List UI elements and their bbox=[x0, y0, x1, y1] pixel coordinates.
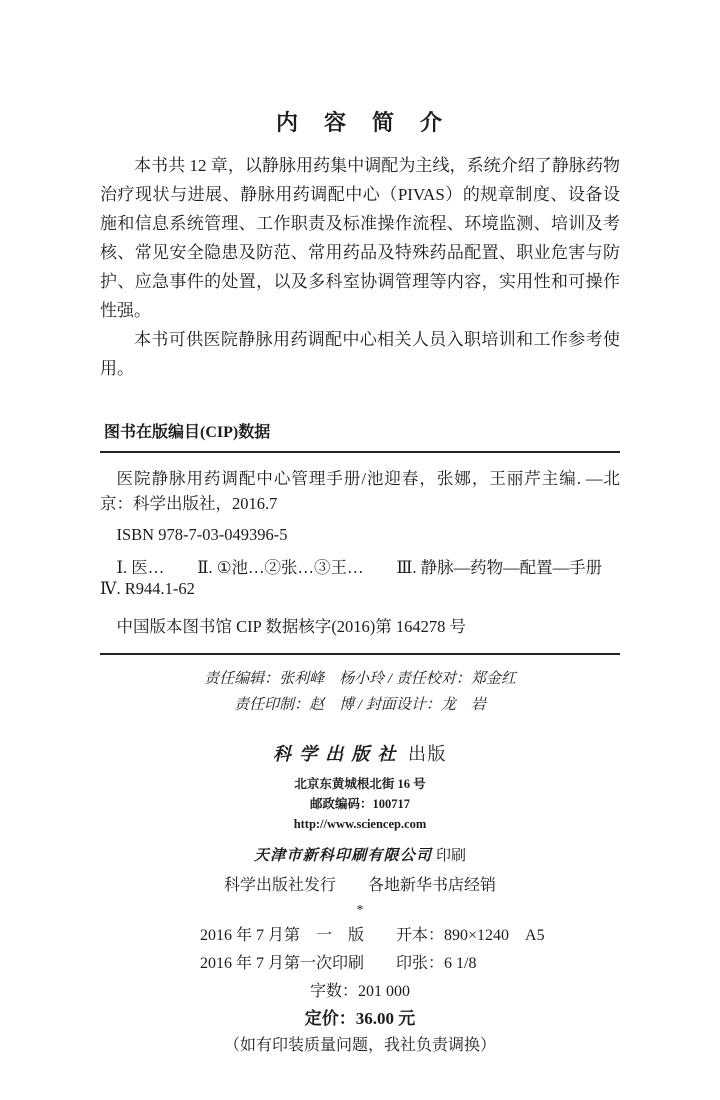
printer-suffix: 印刷 bbox=[436, 848, 466, 864]
print-design-credits-line: 责任印制：赵 博 / 封面设计：龙 岩 bbox=[100, 692, 620, 718]
classification-line-1: Ⅰ. 医… Ⅱ. ①池…②张…③王… Ⅲ. 静脉—药物—配置—手册 bbox=[100, 557, 620, 578]
classification-line-2: Ⅳ. R944.1-62 bbox=[100, 578, 620, 599]
cip-registry-number: 中国版本图书馆 CIP 数据核字(2016)第 164278 号 bbox=[100, 613, 620, 637]
publisher-address: 北京东黄城根北街 16 号 bbox=[100, 774, 620, 794]
publisher-contact-block: 北京东黄城根北街 16 号 邮政编码：100717 http://www.sci… bbox=[100, 774, 620, 834]
word-count: 字数：201 000 bbox=[100, 978, 620, 1005]
postal-code: 邮政编码：100717 bbox=[100, 794, 620, 814]
printer-line: 天津市新科印刷有限公司 印刷 bbox=[100, 844, 620, 865]
staff-credits: 责任编辑：张利峰 杨小玲 / 责任校对：郑金红 责任印制：赵 博 / 封面设计：… bbox=[100, 666, 620, 718]
cip-top-rule bbox=[100, 451, 620, 453]
intro-paragraph-1: 本书共 12 章，以静脉用药集中调配为主线，系统介绍了静脉药物治疗现状与进展、静… bbox=[100, 151, 620, 325]
cip-record: 医院静脉用药调配中心管理手册/池迎春，张娜，王丽芹主编. —北京：科学出版社，2… bbox=[100, 466, 620, 516]
cip-section: 图书在版编目(CIP)数据 医院静脉用药调配中心管理手册/池迎春，张娜，王丽芹主… bbox=[100, 419, 620, 655]
publisher-website: http://www.sciencep.com bbox=[100, 814, 620, 834]
edition-info-block: 2016 年 7 月第 一 版 开本：890×1240 A5 2016 年 7 … bbox=[100, 922, 620, 978]
printing-line: 2016 年 7 月第一次印刷 印张：6 1/8 bbox=[200, 950, 620, 978]
cip-header: 图书在版编目(CIP)数据 bbox=[100, 419, 620, 442]
quality-note: （如有印装质量问题，我社负责调换） bbox=[100, 1032, 620, 1060]
editor-credits-line: 责任编辑：张利峰 杨小玲 / 责任校对：郑金红 bbox=[100, 666, 620, 692]
imprint-line: 科学出版社 出版 bbox=[100, 740, 620, 766]
colophon-page: 内 容 简 介 本书共 12 章，以静脉用药集中调配为主线，系统介绍了静脉药物治… bbox=[0, 0, 720, 1100]
publisher-name: 科学出版社 bbox=[273, 744, 404, 764]
page-title: 内 容 简 介 bbox=[100, 106, 620, 137]
intro-paragraph-2: 本书可供医院静脉用药调配中心相关人员入职培训和工作参考使用。 bbox=[100, 325, 620, 383]
section-separator-star: * bbox=[100, 903, 620, 919]
edition-line: 2016 年 7 月第 一 版 开本：890×1240 A5 bbox=[200, 922, 620, 950]
isbn-line: ISBN 978-7-03-049396-5 bbox=[100, 525, 620, 545]
cip-bottom-rule bbox=[100, 653, 620, 655]
imprint-suffix: 出版 bbox=[408, 744, 447, 764]
printer-name: 天津市新科印刷有限公司 bbox=[254, 848, 432, 864]
content-summary: 本书共 12 章，以静脉用药集中调配为主线，系统介绍了静脉药物治疗现状与进展、静… bbox=[100, 151, 620, 383]
distribution-line: 科学出版社发行 各地新华书店经销 bbox=[100, 872, 620, 895]
price: 定价：36.00 元 bbox=[100, 1005, 620, 1032]
